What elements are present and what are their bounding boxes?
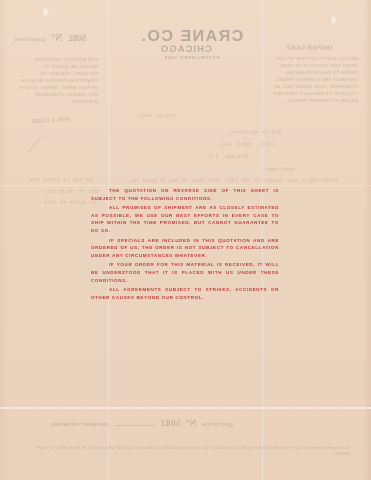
slip-number: 5082 — [160, 418, 180, 428]
bleed-slip-instructions: TO INSURE SHIPMENT AS PROMISED AND PRICE… — [22, 445, 350, 457]
punch-hole — [42, 6, 49, 18]
number-label: Nº — [52, 33, 63, 44]
bleed-address-line: 1522 - Odell Ave., — [215, 141, 274, 148]
bleed-important-title: IMPORTANT — [285, 45, 332, 52]
condition-acceptance: IF YOUR ORDER FOR THIS MATERIAL IS RECEI… — [91, 261, 279, 284]
bleed-important-text: DETACH SLIP AT BOTTOM OF THIS SHEET AND … — [262, 55, 358, 104]
fold-crease — [0, 185, 371, 186]
bleed-address-line: Rollin Barrette, — [228, 129, 281, 136]
punch-hole — [330, 14, 337, 26]
bleed-slip-header: QUOTATION Nº 5082 SHIPMENT PROMISED — [50, 418, 233, 428]
slip-shipment-label: SHIPMENT PROMISED — [50, 422, 109, 427]
condition-shipment: ALL PROMISES OF SHIPMENT ARE AS CLOSELY … — [91, 204, 279, 234]
condition-intro: THE QUOTATION ON REVERSE SIDE OF THIS SH… — [91, 187, 279, 202]
perforation-line[interactable] — [0, 407, 371, 409]
bleed-address-line: Chicago, Ill. — [205, 153, 248, 160]
bleed-body-line: Referring to your inquiry of the 14th. T… — [130, 178, 337, 184]
bleed-left-block: FOR MATERIAL SPECIFIED BELOW, WE QUOTE A… — [18, 56, 98, 105]
bleed-date: August 1925. — [136, 112, 176, 119]
bleed-quotation-number: 5082 Nº QUOTATION — [14, 33, 87, 44]
bleed-salutation: Gentlemen: — [262, 166, 295, 173]
bleed-body-line: set of (Bild gal. — [42, 188, 98, 195]
bleed-established: ESTABLISHED 1855 — [164, 55, 219, 60]
condition-force-majeure: ALL AGREEMENTS SUBJECT TO STRIKES, ACCID… — [91, 286, 279, 301]
condition-specials: IF SPECIALS ARE INCLUDED IN THIS QUOTATI… — [91, 237, 279, 260]
bleed-body-line: in quote as this. — [40, 199, 96, 206]
quotation-number: 5082 — [69, 34, 87, 43]
bleed-body-line: we beg to quote you — [30, 176, 93, 183]
quotation-label: QUOTATION — [14, 37, 46, 42]
bleed-city: CHICAGO — [160, 44, 212, 55]
conditions-block: THE QUOTATION ON REVERSE SIDE OF THIS SH… — [91, 187, 279, 301]
slip-number-label: Nº — [186, 418, 197, 428]
slip-quotation-label: QUOTATION — [201, 422, 233, 427]
